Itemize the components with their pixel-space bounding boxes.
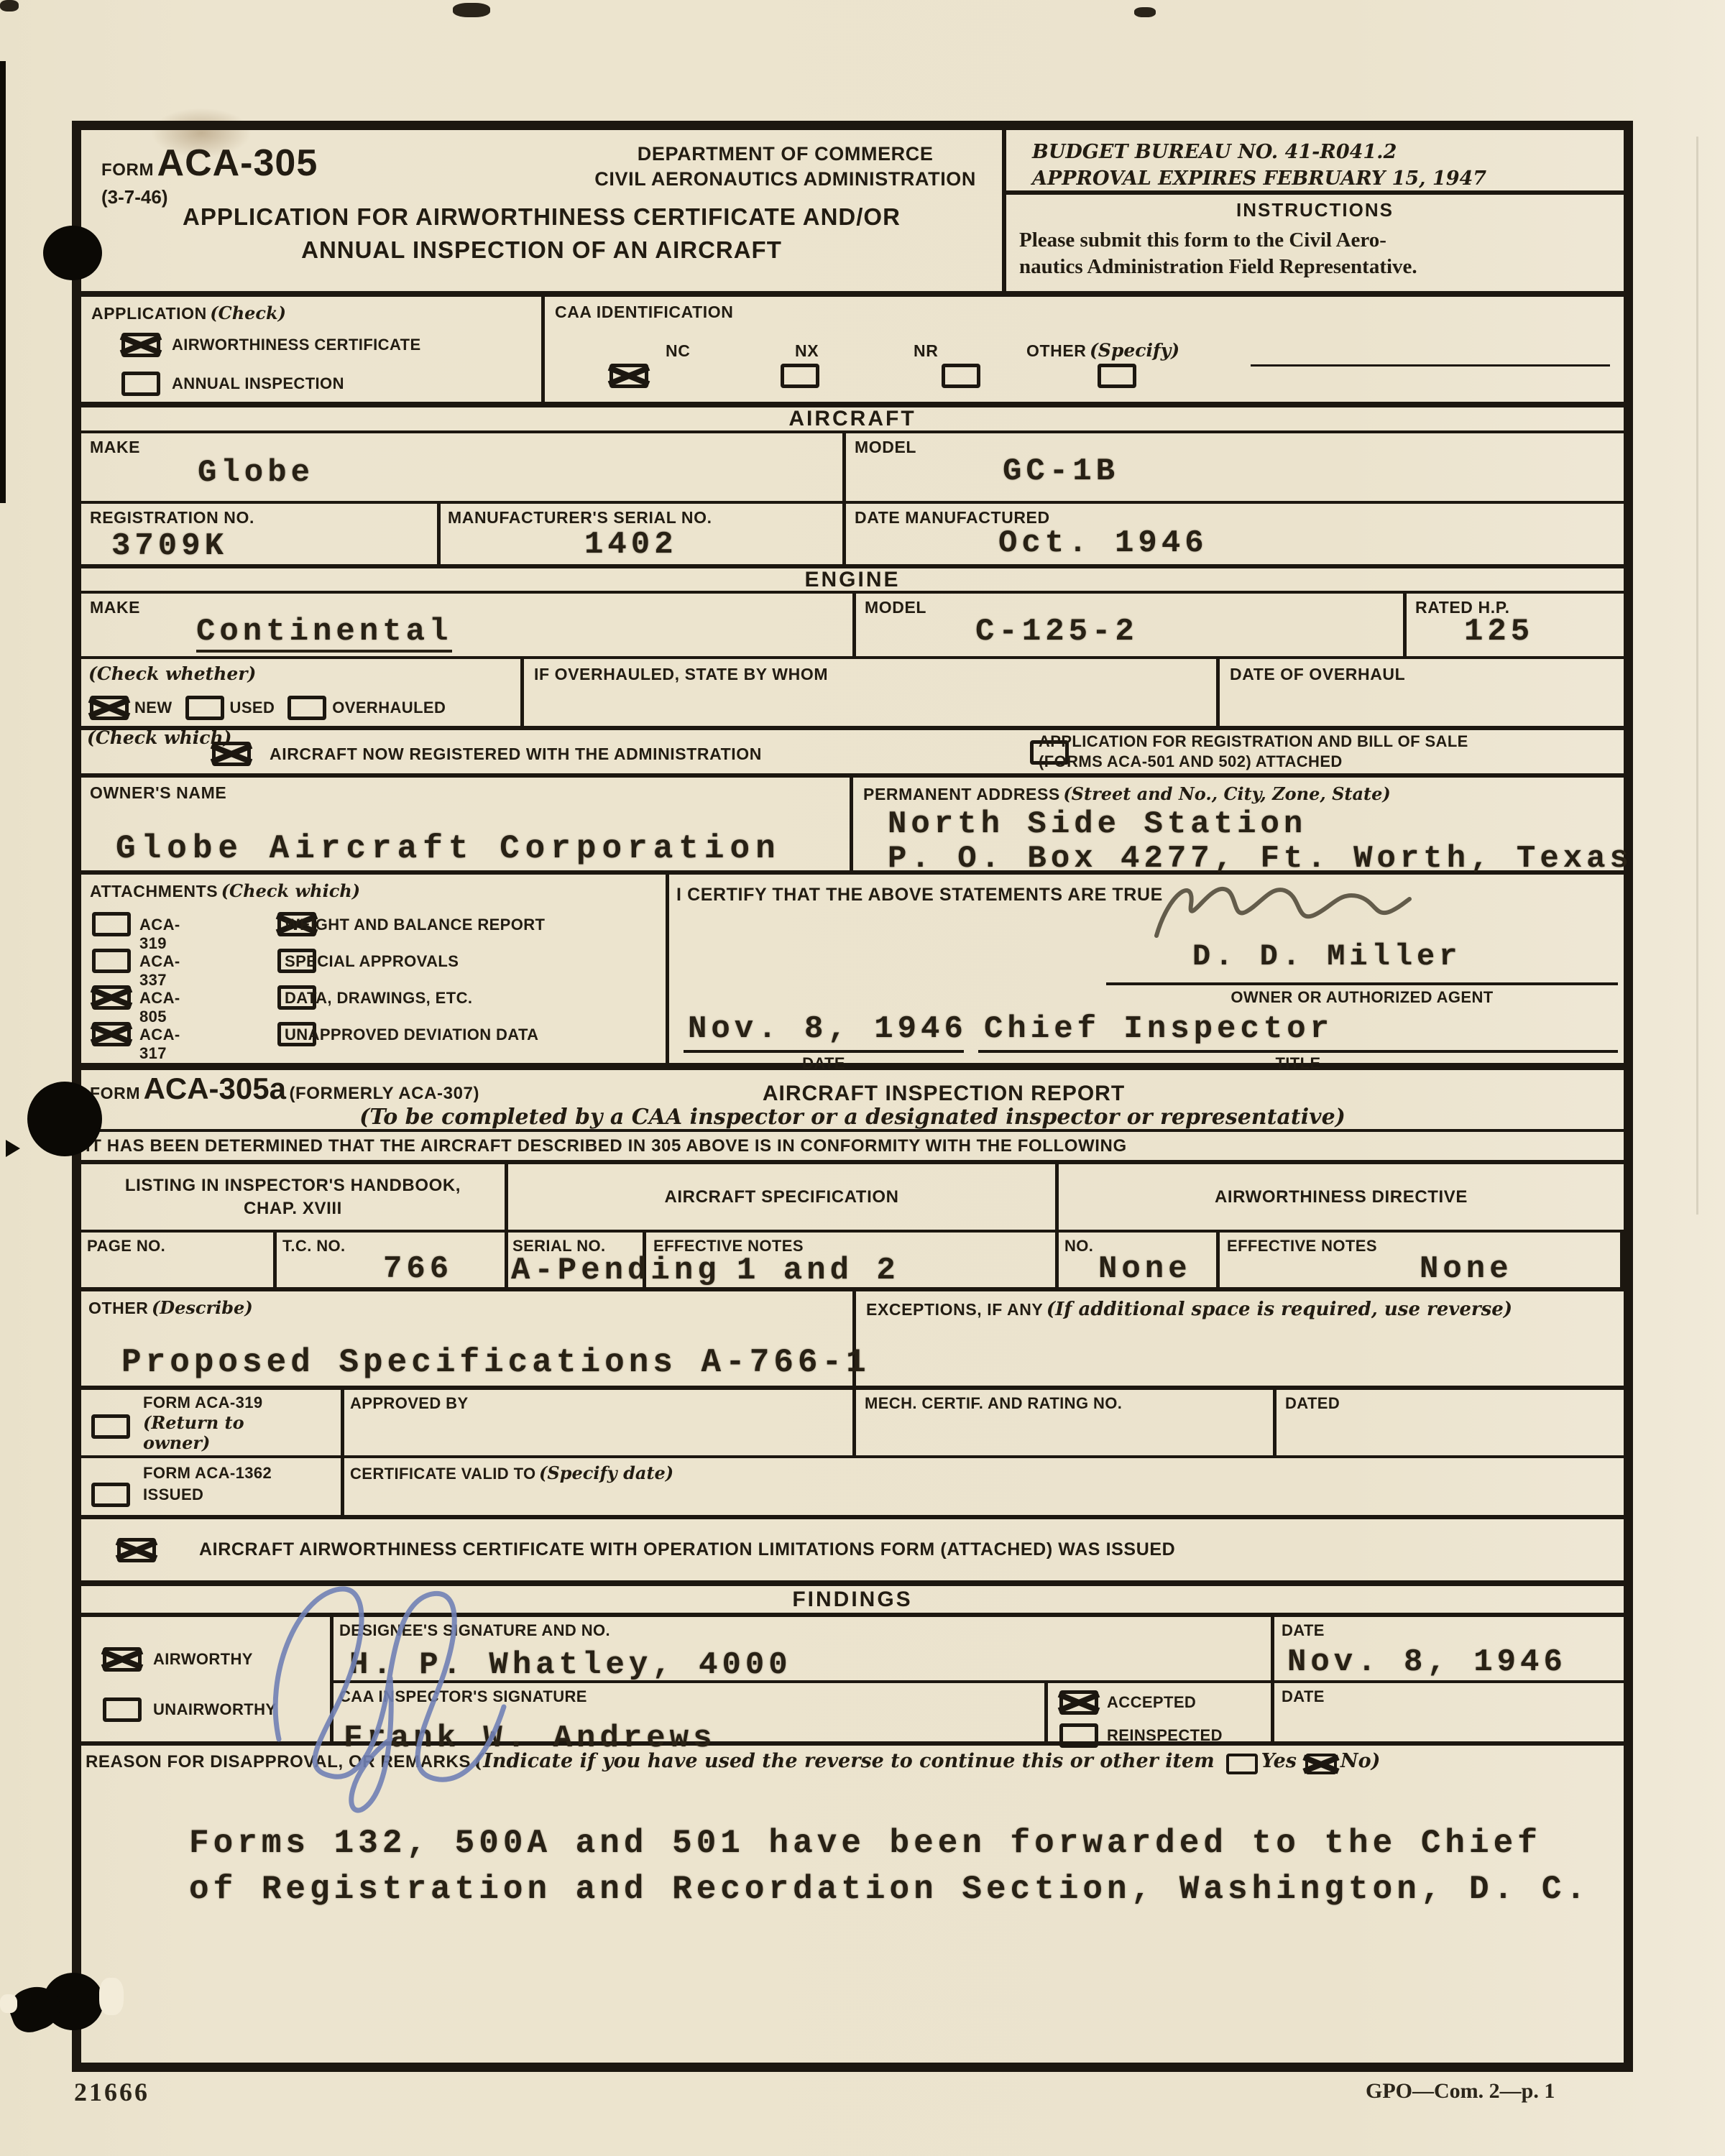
airworthy-label: AIRWORTHY: [153, 1650, 253, 1669]
tc-no-value[interactable]: 766: [383, 1251, 453, 1287]
directive-notes-value[interactable]: None: [1420, 1251, 1513, 1287]
overhauled-label: OVERHAULED: [332, 699, 446, 717]
annual-inspection-checkbox[interactable]: [121, 372, 160, 396]
nc-label: NC: [666, 341, 690, 361]
form-305a-formerly: (FORMERLY ACA-307): [289, 1084, 479, 1103]
nx-checkbox[interactable]: [781, 364, 819, 388]
spec-values-row: PAGE NO. T.C. NO. SERIAL NO. EFFECTIVE N…: [81, 1233, 1624, 1291]
instructions-title: INSTRUCTIONS: [1019, 199, 1611, 221]
handbook-line2: CHAP. XVIII: [244, 1199, 342, 1218]
scan-speck: [453, 3, 490, 17]
aca-317-checkbox[interactable]: [92, 1022, 131, 1046]
certificate-valid-label: CERTIFICATE VALID TO: [350, 1465, 536, 1483]
signature-line[interactable]: [1106, 982, 1618, 985]
unairworthy-label: UNAIRWORTHY: [153, 1700, 276, 1719]
unapproved-deviation-label: UNAPPROVED DEVIATION DATA: [285, 1026, 538, 1044]
owner-agent-label: OWNER OR AUTHORIZED AGENT: [1106, 988, 1618, 1007]
instructions-text: Please submit this form to the Civil Aer…: [1019, 227, 1611, 280]
directive-header-cell: AIRWORTHINESS DIRECTIVE: [1059, 1164, 1624, 1230]
attachments-certification-row: ATTACHMENTS (Check which) ACA-319 WEIGHT…: [81, 875, 1624, 1070]
accepted-option: ACCEPTED: [1059, 1690, 1196, 1715]
address-line2[interactable]: P. O. Box 4277, Ft. Worth, Texas: [888, 841, 1633, 877]
form-header: FORM ACA-305 (3-7-46) DEPARTMENT OF COMM…: [81, 130, 1624, 297]
special-approvals-label: SPECIAL APPROVALS: [285, 952, 459, 971]
owner-address-cell: PERMANENT ADDRESS (Street and No., City,…: [853, 778, 1624, 870]
application-option-annual: ANNUAL INSPECTION: [121, 372, 344, 396]
certify-statement: I CERTIFY THAT THE ABOVE STATEMENTS ARE …: [676, 885, 1163, 906]
findings-date1-cell: DATE Nov. 8, 1946: [1274, 1617, 1624, 1680]
directive-header: AIRWORTHINESS DIRECTIVE: [1215, 1187, 1468, 1207]
cert-issued-row: AIRCRAFT AIRWORTHINESS CERTIFICATE WITH …: [81, 1519, 1624, 1586]
attachment-row-3: ACA-805 DATA, DRAWINGS, ETC.: [92, 985, 172, 1010]
remarks-no-checkbox[interactable]: [1305, 1754, 1337, 1774]
reinspected-checkbox[interactable]: [1059, 1723, 1098, 1748]
remarks-yes-label: Yes: [1261, 1750, 1297, 1772]
application-label-italic: (Check): [210, 303, 286, 323]
other-specify-line[interactable]: [1251, 364, 1610, 367]
aircraft-make-cell: MAKE Globe: [81, 433, 846, 501]
certification-date-value[interactable]: Nov. 8, 1946: [688, 1011, 967, 1047]
punch-hole-top: [43, 226, 102, 280]
airworthiness-certificate-label: AIRWORTHINESS CERTIFICATE: [172, 336, 421, 354]
handbook-line1: LISTING IN INSPECTOR'S HANDBOOK,: [125, 1176, 461, 1195]
scan-speck: [0, 0, 19, 11]
application-attached-line2: (FORMS ACA-501 AND 502) ATTACHED: [1039, 752, 1468, 772]
aircraft-make-value[interactable]: Globe: [198, 455, 314, 491]
check-whether-label: (Check whether): [81, 659, 520, 684]
form-number: ACA-305: [157, 142, 318, 184]
department-line2: CIVIL AERONAUTICS ADMINISTRATION: [594, 167, 976, 192]
airworthy-checkbox[interactable]: [103, 1647, 142, 1672]
form-aca-319-checkbox[interactable]: [91, 1414, 130, 1439]
serial-no-value[interactable]: 1402: [584, 527, 678, 563]
airworthiness-certificate-checkbox[interactable]: [121, 333, 160, 357]
handbook-header-cell: LISTING IN INSPECTOR'S HANDBOOK, CHAP. X…: [81, 1164, 508, 1230]
attachments-cell: ATTACHMENTS (Check which) ACA-319 WEIGHT…: [81, 875, 669, 1063]
application-attached-label: APPLICATION FOR REGISTRATION AND BILL OF…: [1039, 732, 1468, 772]
other-describe-label: OTHER: [88, 1299, 149, 1317]
findings-section-title: FINDINGS: [81, 1586, 1624, 1617]
paper-chip: [0, 1994, 17, 2013]
form-title-line2: ANNUAL INSPECTION OF AN AIRCRAFT: [81, 234, 1002, 267]
address-label-italic: (Street and No., City, Zone, State): [1063, 783, 1390, 804]
registration-no-label: REGISTRATION NO.: [81, 504, 437, 528]
application-cell: APPLICATION (Check) AIRWORTHINESS CERTIF…: [81, 297, 545, 402]
application-attached-line1: APPLICATION FOR REGISTRATION AND BILL OF…: [1039, 732, 1468, 752]
engine-section-title: ENGINE: [81, 568, 1624, 594]
findings-section-title-text: FINDINGS: [792, 1588, 912, 1612]
remarks-body-line1: Forms 132, 500A and 501 have been forwar…: [189, 1820, 1590, 1866]
other-describe-italic: (Describe): [152, 1297, 253, 1318]
attachment-row-4: ACA-317 UNAPPROVED DEVIATION DATA: [92, 1022, 172, 1046]
owner-agent-signature-name[interactable]: D. D. Miller: [1192, 939, 1461, 974]
remarks-body-line2: of Registration and Recordation Section,…: [189, 1866, 1590, 1912]
caa-inspector-signature-cell: CAA INSPECTOR'S SIGNATURE Frank W. Andre…: [333, 1683, 1048, 1741]
form-aca-319-return2: owner): [143, 1433, 263, 1453]
reinspected-label: REINSPECTED: [1107, 1726, 1223, 1745]
engine-model-value[interactable]: C-125-2: [975, 614, 1138, 650]
form-title-block: APPLICATION FOR AIRWORTHINESS CERTIFICAT…: [81, 201, 1002, 267]
instructions-box: INSTRUCTIONS Please submit this form to …: [1006, 195, 1624, 280]
unairworthy-checkbox[interactable]: [103, 1697, 142, 1722]
other-exceptions-row: OTHER (Describe) Proposed Specifications…: [81, 1291, 1624, 1390]
registered-label: AIRCRAFT NOW REGISTERED WITH THE ADMINIS…: [270, 745, 762, 764]
address-label: PERMANENT ADDRESS: [863, 785, 1060, 803]
caa-identification-cell: CAA IDENTIFICATION NC NX NR OTHER (Speci…: [545, 297, 1624, 402]
application-option-airworthiness: AIRWORTHINESS CERTIFICATE: [121, 333, 421, 357]
other-value[interactable]: Proposed Specifications A-766-1: [121, 1344, 870, 1381]
caa-inspector-signature-value[interactable]: Frank W. Andrews: [344, 1720, 716, 1756]
caa-inspector-signature-label: CAA INSPECTOR'S SIGNATURE: [333, 1683, 1044, 1706]
form-title-line1: APPLICATION FOR AIRWORTHINESS CERTIFICAT…: [81, 201, 1002, 234]
form-aca-319-label: FORM ACA-319: [143, 1393, 263, 1413]
aca-319-checkbox[interactable]: [92, 912, 131, 936]
form-aca-305: FORM ACA-305 (3-7-46) DEPARTMENT OF COMM…: [72, 121, 1633, 2072]
application-row: APPLICATION (Check) AIRWORTHINESS CERTIF…: [81, 297, 1624, 407]
page-no-label: PAGE NO.: [81, 1233, 273, 1256]
aircraft-make-label: MAKE: [81, 433, 842, 457]
caa-identification-label: CAA IDENTIFICATION: [545, 297, 1624, 322]
scan-edge-shadow: [0, 61, 6, 503]
scanned-page: FORM ACA-305 (3-7-46) DEPARTMENT OF COMM…: [0, 0, 1725, 2156]
registration-status-cell: (Check which) AIRCRAFT NOW REGISTERED WI…: [81, 730, 1624, 773]
designee-signature-value[interactable]: H. P. Whatley, 4000: [349, 1647, 792, 1683]
accepted-cell: ACCEPTED REINSPECTED: [1048, 1683, 1274, 1741]
aircraft-spec-header-cell: AIRCRAFT SPECIFICATION: [508, 1164, 1059, 1230]
remarks-no-label: No): [1340, 1750, 1380, 1772]
overhauled-by-cell: IF OVERHAULED, STATE BY WHOM: [524, 659, 1220, 726]
findings-date1-label: DATE: [1274, 1617, 1624, 1640]
findings-date1-value[interactable]: Nov. 8, 1946: [1287, 1644, 1567, 1680]
conformity-row: IT HAS BEEN DETERMINED THAT THE AIRCRAFT…: [81, 1132, 1624, 1164]
engine-condition-row: (Check whether) NEW USED OVERHAULED IF O…: [81, 659, 1624, 730]
registration-no-cell: REGISTRATION NO. 3709K: [81, 504, 441, 564]
header-right: BUDGET BUREAU NO. 41-R041.2 APPROVAL EXP…: [1006, 130, 1624, 291]
overhaul-date-label: DATE OF OVERHAUL: [1220, 659, 1624, 684]
aca-319-return-cell: FORM ACA-319 (Return to owner): [81, 1390, 344, 1455]
findings-verdict-cell: AIRWORTHY UNAIRWORTHY: [81, 1617, 333, 1741]
form-305a-id: FORM ACA-305a (FORMERLY ACA-307): [90, 1072, 479, 1106]
aircraft-section-title: AIRCRAFT: [81, 407, 1624, 433]
new-label: NEW: [134, 699, 172, 717]
approved-by-cell: APPROVED BY: [344, 1390, 856, 1455]
engine-make-value[interactable]: Continental: [196, 614, 452, 653]
remarks-yes-checkbox[interactable]: [1226, 1754, 1258, 1774]
approved-by-label: APPROVED BY: [344, 1390, 852, 1413]
overhauled-checkbox[interactable]: [287, 696, 326, 720]
department-block: DEPARTMENT OF COMMERCE CIVIL AERONAUTICS…: [594, 142, 976, 192]
stamp-number: 21666: [74, 2077, 149, 2107]
aca-805-checkbox[interactable]: [92, 985, 131, 1010]
other-checkbox[interactable]: [1098, 364, 1136, 388]
date-line[interactable]: [684, 1050, 964, 1053]
registration-no-value[interactable]: 3709K: [111, 528, 228, 564]
aircraft-make-row: MAKE Globe MODEL GC-1B: [81, 433, 1624, 504]
paper-edge-line: [1696, 137, 1698, 1215]
aca-1362-cell: FORM ACA-1362 ISSUED: [81, 1458, 344, 1515]
application-label: APPLICATION: [91, 304, 207, 323]
other-label: OTHER: [1026, 341, 1087, 360]
findings-row: AIRWORTHY UNAIRWORTHY DESIGNEE'S SIGNATU…: [81, 1617, 1624, 1746]
form-aca-1362-issued: ISSUED: [143, 1484, 272, 1506]
engine-make-cell: MAKE Continental: [81, 594, 856, 656]
new-checkbox[interactable]: [90, 696, 129, 720]
spec-notes-value[interactable]: 1 and 2: [737, 1253, 900, 1289]
registration-status-row: (Check which) AIRCRAFT NOW REGISTERED WI…: [81, 730, 1624, 778]
weight-balance-label: WEIGHT AND BALANCE REPORT: [285, 916, 545, 934]
attachments-label: ATTACHMENTS: [90, 882, 218, 900]
nr-checkbox[interactable]: [942, 364, 980, 388]
conformity-text: IT HAS BEEN DETERMINED THAT THE AIRCRAFT…: [81, 1136, 1127, 1156]
date-manufactured-label: DATE MANUFACTURED: [846, 504, 1624, 528]
aircraft-registration-row: REGISTRATION NO. 3709K MANUFACTURER'S SE…: [81, 504, 1624, 568]
remarks-label-line: REASON FOR DISAPPROVAL, OR REMARKS (Indi…: [86, 1750, 1380, 1774]
attachments-label-italic: (Check which): [221, 880, 360, 901]
paper-chip: [99, 1978, 124, 2015]
aircraft-model-value[interactable]: GC-1B: [1003, 453, 1119, 489]
aca-805-label: ACA-805: [139, 989, 180, 1026]
attachment-row-2: ACA-337 SPECIAL APPROVALS: [92, 949, 172, 973]
nc-checkbox[interactable]: [609, 364, 648, 388]
accepted-label: ACCEPTED: [1107, 1693, 1196, 1712]
designee-subrow: DESIGNEE'S SIGNATURE AND NO. H. P. Whatl…: [333, 1617, 1624, 1683]
form-id-block: FORM ACA-305 (3-7-46): [101, 142, 318, 208]
exceptions-cell: EXCEPTIONS, IF ANY (If additional space …: [856, 1291, 1624, 1386]
rated-hp-cell: RATED H.P. 125: [1407, 594, 1624, 656]
exceptions-label-italic: (If additional space is required, use re…: [1046, 1299, 1512, 1320]
other-cell: OTHER (Describe) Proposed Specifications…: [81, 1291, 856, 1386]
aca-319-label: ACA-319: [139, 916, 180, 953]
directive-no-value[interactable]: None: [1098, 1251, 1192, 1287]
engine-condition-cell: (Check whether) NEW USED OVERHAULED: [81, 659, 524, 726]
used-label: USED: [230, 699, 275, 717]
nx-label: NX: [795, 341, 819, 361]
form-aca-1362-label: FORM ACA-1362: [143, 1462, 272, 1484]
accepted-checkbox[interactable]: [1059, 1690, 1098, 1715]
header-left: FORM ACA-305 (3-7-46) DEPARTMENT OF COMM…: [81, 130, 1006, 291]
owner-row: OWNER'S NAME Globe Aircraft Corporation …: [81, 778, 1624, 875]
date-manufactured-value[interactable]: Oct. 1946: [998, 525, 1208, 561]
serial-no-cell: MANUFACTURER'S SERIAL NO. 1402: [441, 504, 846, 564]
budget-bureau-box: BUDGET BUREAU NO. 41-R041.2 APPROVAL EXP…: [1006, 130, 1624, 195]
instructions-line1: Please submit this form to the Civil Aer…: [1019, 229, 1386, 252]
inspection-report-header: FORM ACA-305a (FORMERLY ACA-307) AIRCRAF…: [81, 1070, 1624, 1132]
aca-337-label: ACA-337: [139, 952, 180, 990]
other-label-italic: (Specify): [1090, 340, 1179, 361]
engine-model-cell: MODEL C-125-2: [856, 594, 1407, 656]
margin-arrow-marker: [6, 1140, 20, 1157]
exceptions-label: EXCEPTIONS, IF ANY: [866, 1300, 1043, 1319]
aircraft-model-label: MODEL: [846, 433, 1624, 457]
unairworthy-option: UNAIRWORTHY: [103, 1697, 276, 1722]
serial-no-label: MANUFACTURER'S SERIAL NO.: [441, 504, 842, 528]
certification-cell: I CERTIFY THAT THE ABOVE STATEMENTS ARE …: [669, 875, 1624, 1063]
check-which-label: (Check which): [87, 727, 231, 748]
address-line1[interactable]: North Side Station: [888, 806, 1307, 842]
date-manufactured-cell: DATE MANUFACTURED Oct. 1946: [846, 504, 1624, 564]
findings-date2-label: DATE: [1274, 1683, 1624, 1706]
designee-signature-label: DESIGNEE'S SIGNATURE AND NO.: [333, 1617, 1271, 1640]
attachment-row-1: ACA-319 WEIGHT AND BALANCE REPORT: [92, 912, 172, 936]
budget-bureau-line2: APPROVAL EXPIRES FEBRUARY 15, 1947: [1032, 165, 1624, 192]
budget-bureau-line1: BUDGET BUREAU NO. 41-R041.2: [1032, 139, 1624, 165]
used-checkbox[interactable]: [185, 696, 224, 720]
form-305a-label: FORM: [90, 1084, 140, 1102]
aca-337-checkbox[interactable]: [92, 949, 131, 973]
overhaul-date-cell: DATE OF OVERHAUL: [1220, 659, 1624, 726]
aca-317-label: ACA-317: [139, 1026, 180, 1063]
overhauled-by-label: IF OVERHAULED, STATE BY WHOM: [524, 659, 1216, 684]
cert-issued-label: AIRCRAFT AIRWORTHINESS CERTIFICATE WITH …: [199, 1539, 1175, 1560]
cert-issued-checkbox[interactable]: [117, 1538, 156, 1562]
other-label-group: OTHER (Specify): [1026, 340, 1179, 361]
findings-date2-cell: DATE: [1274, 1683, 1624, 1741]
title-line[interactable]: [978, 1050, 1618, 1053]
airworthy-option: AIRWORTHY: [103, 1647, 253, 1672]
reinspected-option: REINSPECTED: [1059, 1723, 1223, 1748]
inspection-report-subtitle: (To be completed by a CAA inspector or a…: [81, 1105, 1624, 1130]
gpo-imprint: GPO—Com. 2—p. 1: [1366, 2079, 1555, 2104]
owner-name-value[interactable]: Globe Aircraft Corporation: [116, 830, 781, 867]
aircraft-section-title-text: AIRCRAFT: [788, 407, 916, 431]
nr-label: NR: [914, 341, 938, 361]
findings-right: DESIGNEE'S SIGNATURE AND NO. H. P. Whatl…: [333, 1617, 1624, 1741]
certification-title-value[interactable]: Chief Inspector: [984, 1011, 1333, 1047]
page-no-cell: PAGE NO.: [81, 1233, 277, 1287]
owner-name-label: OWNER'S NAME: [81, 778, 850, 803]
designee-signature-cell: DESIGNEE'S SIGNATURE AND NO. H. P. Whatl…: [333, 1617, 1274, 1680]
form-305a-number: ACA-305a: [144, 1072, 286, 1105]
scan-speck: [1134, 7, 1156, 17]
punch-hole-middle: [27, 1082, 102, 1156]
certificate-valid-cell: CERTIFICATE VALID TO (Specify date): [344, 1458, 1624, 1515]
rated-hp-value[interactable]: 125: [1464, 614, 1534, 650]
dated-label: DATED: [1276, 1390, 1624, 1413]
form-aca-1362-checkbox[interactable]: [91, 1483, 130, 1507]
dated-cell: DATED: [1276, 1390, 1624, 1455]
certificate-valid-italic: (Specify date): [539, 1462, 673, 1483]
annual-inspection-label: ANNUAL INSPECTION: [172, 374, 344, 393]
owner-name-cell: OWNER'S NAME Globe Aircraft Corporation: [81, 778, 853, 870]
form-aca-319-return1: (Return to: [143, 1413, 263, 1433]
remarks-body: Forms 132, 500A and 501 have been forwar…: [189, 1820, 1590, 1912]
mech-certif-cell: MECH. CERTIF. AND RATING NO.: [856, 1390, 1276, 1455]
engine-section-title-text: ENGINE: [804, 568, 900, 592]
spec-header-row: LISTING IN INSPECTOR'S HANDBOOK, CHAP. X…: [81, 1164, 1624, 1233]
aircraft-spec-header: AIRCRAFT SPECIFICATION: [664, 1187, 898, 1207]
data-drawings-label: DATA, DRAWINGS, ETC.: [285, 989, 472, 1008]
instructions-line2: nautics Administration Field Representat…: [1019, 255, 1417, 278]
engine-condition-options: NEW USED OVERHAULED: [90, 696, 446, 720]
inspection-report-title: AIRCRAFT INSPECTION REPORT: [714, 1082, 1174, 1106]
registered-checkbox[interactable]: [212, 742, 251, 766]
engine-make-row: MAKE Continental MODEL C-125-2 RATED H.P…: [81, 594, 1624, 659]
aircraft-model-cell: MODEL GC-1B: [846, 433, 1624, 501]
aca-319-return-row: FORM ACA-319 (Return to owner) APPROVED …: [81, 1390, 1624, 1458]
form-label: FORM: [101, 160, 154, 180]
aca-1362-row: FORM ACA-1362 ISSUED CERTIFICATE VALID T…: [81, 1458, 1624, 1519]
mech-certif-label: MECH. CERTIF. AND RATING NO.: [856, 1390, 1273, 1413]
spec-serial-value[interactable]: A-Pending: [511, 1253, 721, 1289]
department-line1: DEPARTMENT OF COMMERCE: [594, 142, 976, 167]
caa-inspector-subrow: CAA INSPECTOR'S SIGNATURE Frank W. Andre…: [333, 1683, 1624, 1741]
